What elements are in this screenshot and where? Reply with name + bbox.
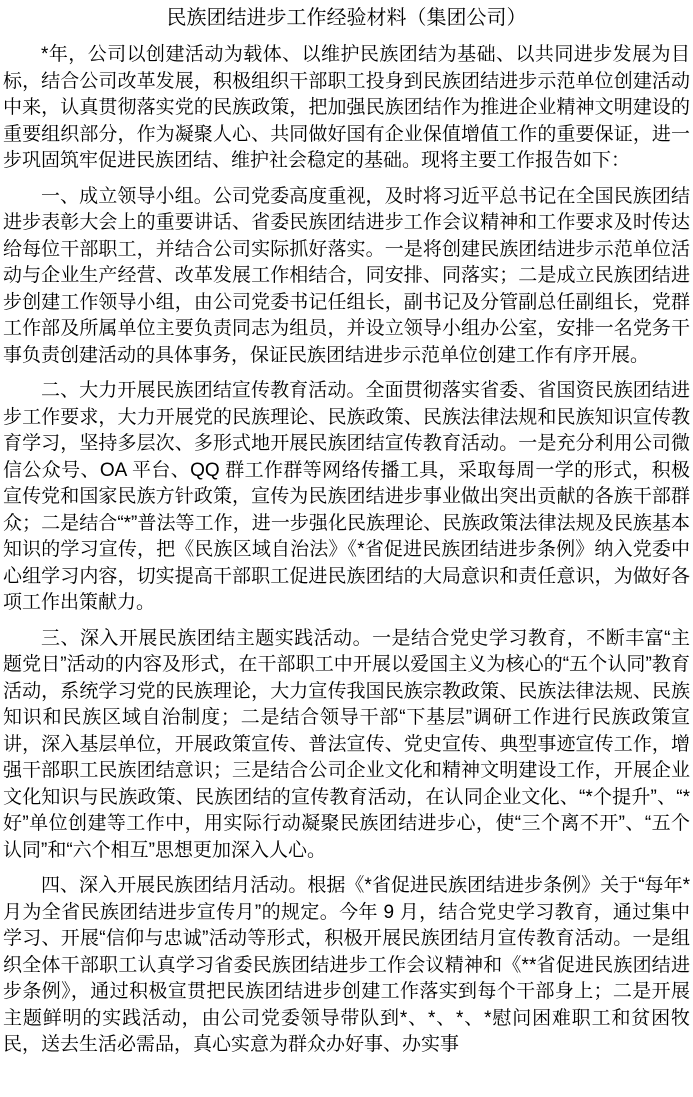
paragraph-section-3: 三、深入开展民族团结主题实践活动。一是结合党史学习教育，不断丰富“主题党日”活动…: [3, 626, 690, 865]
paragraph-section-1: 一、成立领导小组。公司党委高度重视，及时将习近平总书记在全国民族团结进步表彰大会…: [3, 184, 690, 370]
paragraph-intro: *年，公司以创建活动为载体、以维护民族团结为基础、以共同进步发展为目标，结合公司…: [3, 42, 690, 175]
paragraph-section-4: 四、深入开展民族团结月活动。根据《*省促进民族团结进步条例》关于“每年*月为全省…: [3, 873, 690, 1059]
paragraph-section-2: 二、大力开展民族团结宣传教育活动。全面贯彻落实省委、省国资民族团结进步工作要求，…: [3, 378, 690, 617]
document-body: *年，公司以创建活动为载体、以维护民族团结为基础、以共同进步发展为目标，结合公司…: [3, 42, 690, 1059]
document-title: 民族团结进步工作经验材料（集团公司）: [3, 5, 690, 31]
document-page: 民族团结进步工作经验材料（集团公司） *年，公司以创建活动为载体、以维护民族团结…: [0, 0, 693, 1097]
